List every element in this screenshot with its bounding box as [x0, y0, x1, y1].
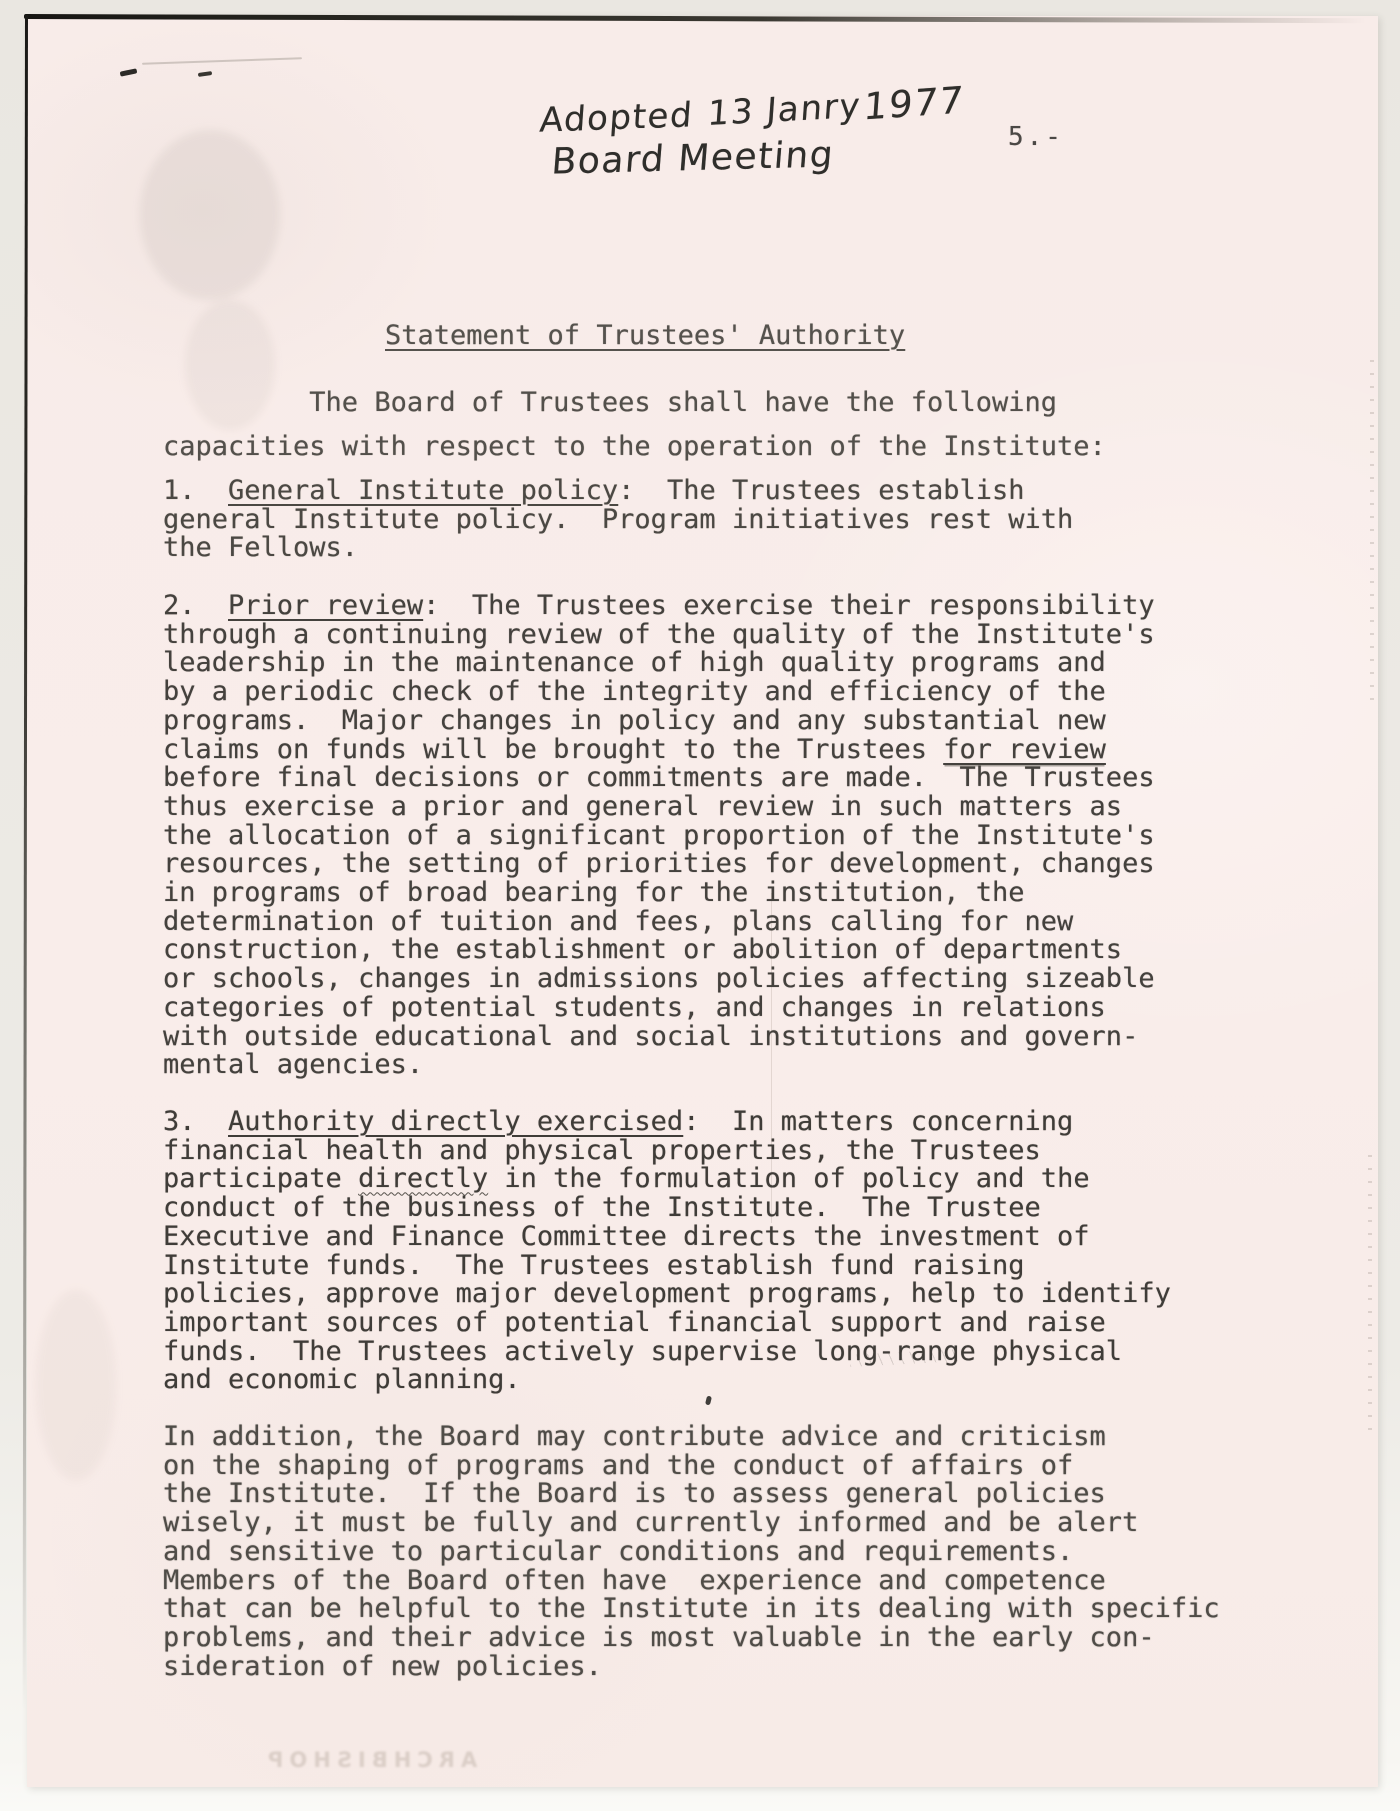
- text-line: conduct of the business of the Institute…: [163, 1194, 1171, 1223]
- paragraph-intro: The Board of Trustees shall have the fol…: [163, 381, 1106, 469]
- scanned-document-page: { "colors": { "paper": "#f8ece9", "scann…: [0, 0, 1400, 1811]
- text-line: wisely, it must be fully and currently i…: [163, 1509, 1220, 1538]
- text-line: problems, and their advice is most valua…: [163, 1624, 1220, 1653]
- text-line: participate directly in the formulation …: [163, 1165, 1171, 1194]
- text-line: programs. Major changes in policy and an…: [163, 707, 1155, 736]
- text-line: categories of potential students, and ch…: [163, 994, 1155, 1023]
- text-line: through a continuing review of the quali…: [163, 621, 1155, 650]
- text-line: on the shaping of programs and the condu…: [163, 1452, 1220, 1481]
- text-line: Institute funds. The Trustees establish …: [163, 1252, 1171, 1281]
- text-line: the Fellows.: [163, 534, 1073, 563]
- document-title: Statement of Trustees' Authority: [385, 322, 905, 351]
- page-number: 5.-: [1008, 122, 1064, 152]
- paragraph-item2: 2. Prior review: The Trustees exercise t…: [163, 592, 1155, 1080]
- typed-underlined-text: Prior review: [228, 590, 423, 621]
- text-line: 3. Authority directly exercised: In matt…: [163, 1108, 1171, 1137]
- typed-underlined-text: General Institute policy: [228, 475, 618, 506]
- text-line: 1. General Institute policy: The Trustee…: [163, 477, 1073, 506]
- text-line: claims on funds will be brought to the T…: [163, 736, 1155, 765]
- paragraph-closing: In addition, the Board may contribute ad…: [163, 1423, 1220, 1681]
- paragraph-item1: 1. General Institute policy: The Trustee…: [163, 477, 1073, 563]
- text-line: The Board of Trustees shall have the fol…: [163, 381, 1106, 425]
- text-line: thus exercise a prior and general review…: [163, 793, 1155, 822]
- text-line: by a periodic check of the integrity and…: [163, 678, 1155, 707]
- text-line: in programs of broad bearing for the ins…: [163, 879, 1155, 908]
- typed-underlined-text: Authority directly exercised: [228, 1106, 683, 1137]
- text-line: general Institute policy. Program initia…: [163, 506, 1073, 535]
- text-line: sideration of new policies.: [163, 1653, 1220, 1682]
- text-line: construction, the establishment or aboli…: [163, 936, 1155, 965]
- text-line: leadership in the maintenance of high qu…: [163, 649, 1155, 678]
- text-line: and sensitive to particular conditions a…: [163, 1538, 1220, 1567]
- text-line: policies, approve major development prog…: [163, 1280, 1171, 1309]
- text-line: that can be helpful to the Institute in …: [163, 1595, 1220, 1624]
- text-line: the Institute. If the Board is to assess…: [163, 1480, 1220, 1509]
- handwritten-annotation-word: Adopted: [538, 95, 694, 140]
- document-title-text: Statement of Trustees' Authority: [385, 320, 905, 351]
- handwritten-annotation-word: 13 Janry: [706, 86, 862, 134]
- text-line: important sources of potential financial…: [163, 1309, 1171, 1338]
- text-line: and economic planning.: [163, 1366, 1171, 1395]
- text-line: the allocation of a significant proporti…: [163, 822, 1155, 851]
- hand-underlined-text: directly: [358, 1163, 488, 1194]
- handwritten-annotation-word: 1977: [862, 79, 966, 129]
- text-line: before final decisions or commitments ar…: [163, 764, 1155, 793]
- text-line: capacities with respect to the operation…: [163, 425, 1106, 469]
- text-line: financial health and physical properties…: [163, 1137, 1171, 1166]
- text-line: In addition, the Board may contribute ad…: [163, 1423, 1220, 1452]
- typed-underlined-text: for review: [943, 734, 1106, 765]
- paragraph-item3: 3. Authority directly exercised: In matt…: [163, 1108, 1171, 1395]
- text-line: Executive and Finance Committee directs …: [163, 1223, 1171, 1252]
- text-line: or schools, changes in admissions polici…: [163, 965, 1155, 994]
- text-line: Members of the Board often have experien…: [163, 1567, 1220, 1596]
- text-line: mental agencies.: [163, 1051, 1155, 1080]
- handwritten-annotation-line2: Board Meeting: [550, 134, 836, 182]
- text-line: with outside educational and social inst…: [163, 1023, 1155, 1052]
- text-line: 2. Prior review: The Trustees exercise t…: [163, 592, 1155, 621]
- text-line: funds. The Trustees actively supervise l…: [163, 1338, 1171, 1367]
- bleed-through-text: ARCHBISHOP: [262, 1748, 477, 1772]
- text-line: resources, the setting of priorities for…: [163, 850, 1155, 879]
- text-line: determination of tuition and fees, plans…: [163, 908, 1155, 937]
